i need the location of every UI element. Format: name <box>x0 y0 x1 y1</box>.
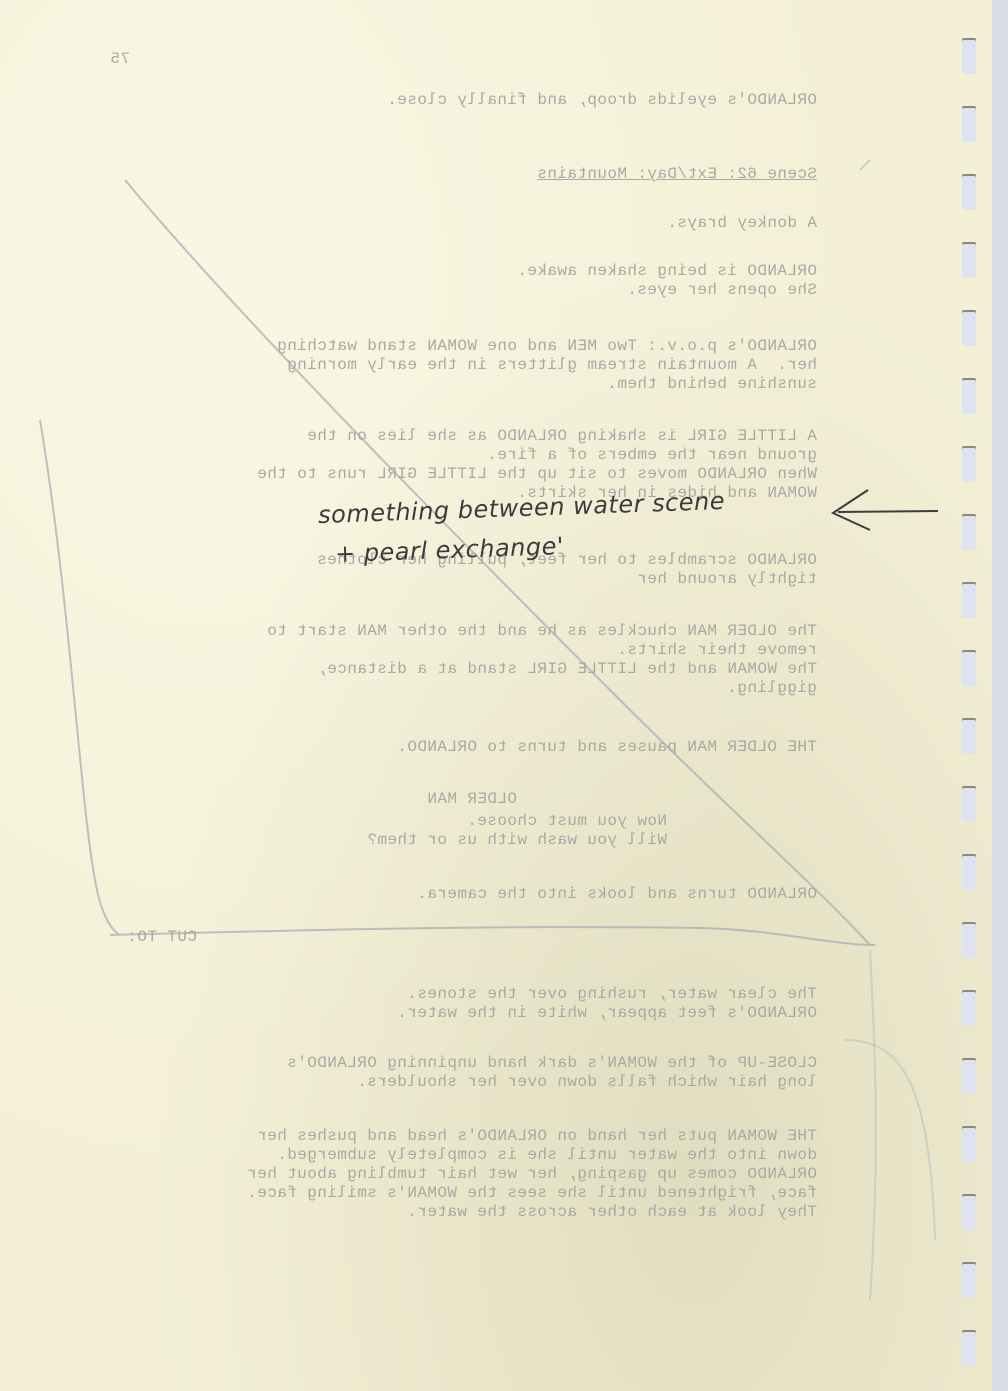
text-block-b10: The clear water, rushing over the stones… <box>397 985 817 1023</box>
binding-hole <box>962 922 976 958</box>
binding-hole <box>962 1262 976 1298</box>
text-block-scene: Scene 62: Ext/Day: Mountains <box>537 165 817 184</box>
page-edge <box>992 0 1008 1391</box>
binding-hole <box>962 582 976 618</box>
binding-hole <box>962 1194 976 1230</box>
text-block-b8: THE OLDER MAN pauses and turns to ORLAND… <box>397 738 817 757</box>
text-block-transition: CUT TO: <box>127 928 197 947</box>
spiral-binding-holes <box>962 0 982 1391</box>
binding-hole <box>962 106 976 142</box>
binding-hole <box>962 786 976 822</box>
text-block-b1: ORLANDO's eyelids droop, and finally clo… <box>387 91 817 110</box>
text-block-b3: ORLANDO is being shaken awake. She opens… <box>517 262 817 300</box>
text-block-b5: A LITTLE GIRL is shaking ORLANDO as she … <box>257 427 817 503</box>
text-block-b7: The OLDER MAN chuckles as he and the oth… <box>267 622 817 698</box>
binding-hole <box>962 38 976 74</box>
binding-hole <box>962 1330 976 1366</box>
text-block-b11: CLOSE-UP of the WOMAN's dark hand unpinn… <box>287 1054 817 1092</box>
text-block-char: OLDER MAN <box>427 790 517 809</box>
binding-hole <box>962 242 976 278</box>
text-block-b9: ORLANDO turns and looks into the camera. <box>417 885 817 904</box>
binding-hole <box>962 718 976 754</box>
mirrored-typescript: 75 ORLANDO's eyelids droop, and finally … <box>0 0 992 1391</box>
binding-hole <box>962 174 976 210</box>
binding-hole <box>962 990 976 1026</box>
binding-hole <box>962 1058 976 1094</box>
text-block-b4: ORLANDO's p.o.v.: Two MEN and one WOMAN … <box>277 337 817 394</box>
binding-hole <box>962 446 976 482</box>
binding-hole <box>962 514 976 550</box>
binding-hole <box>962 310 976 346</box>
binding-hole <box>962 378 976 414</box>
text-block-b2: A donkey brays. <box>667 214 817 233</box>
page-number: 75 <box>110 50 130 69</box>
text-block-b12: THE WOMAN puts her hand on ORLANDO's hea… <box>247 1127 817 1222</box>
binding-hole <box>962 854 976 890</box>
text-block-dialogue: Now you must choose. Will you wash with … <box>367 812 667 850</box>
binding-hole <box>962 1126 976 1162</box>
binding-hole <box>962 650 976 686</box>
